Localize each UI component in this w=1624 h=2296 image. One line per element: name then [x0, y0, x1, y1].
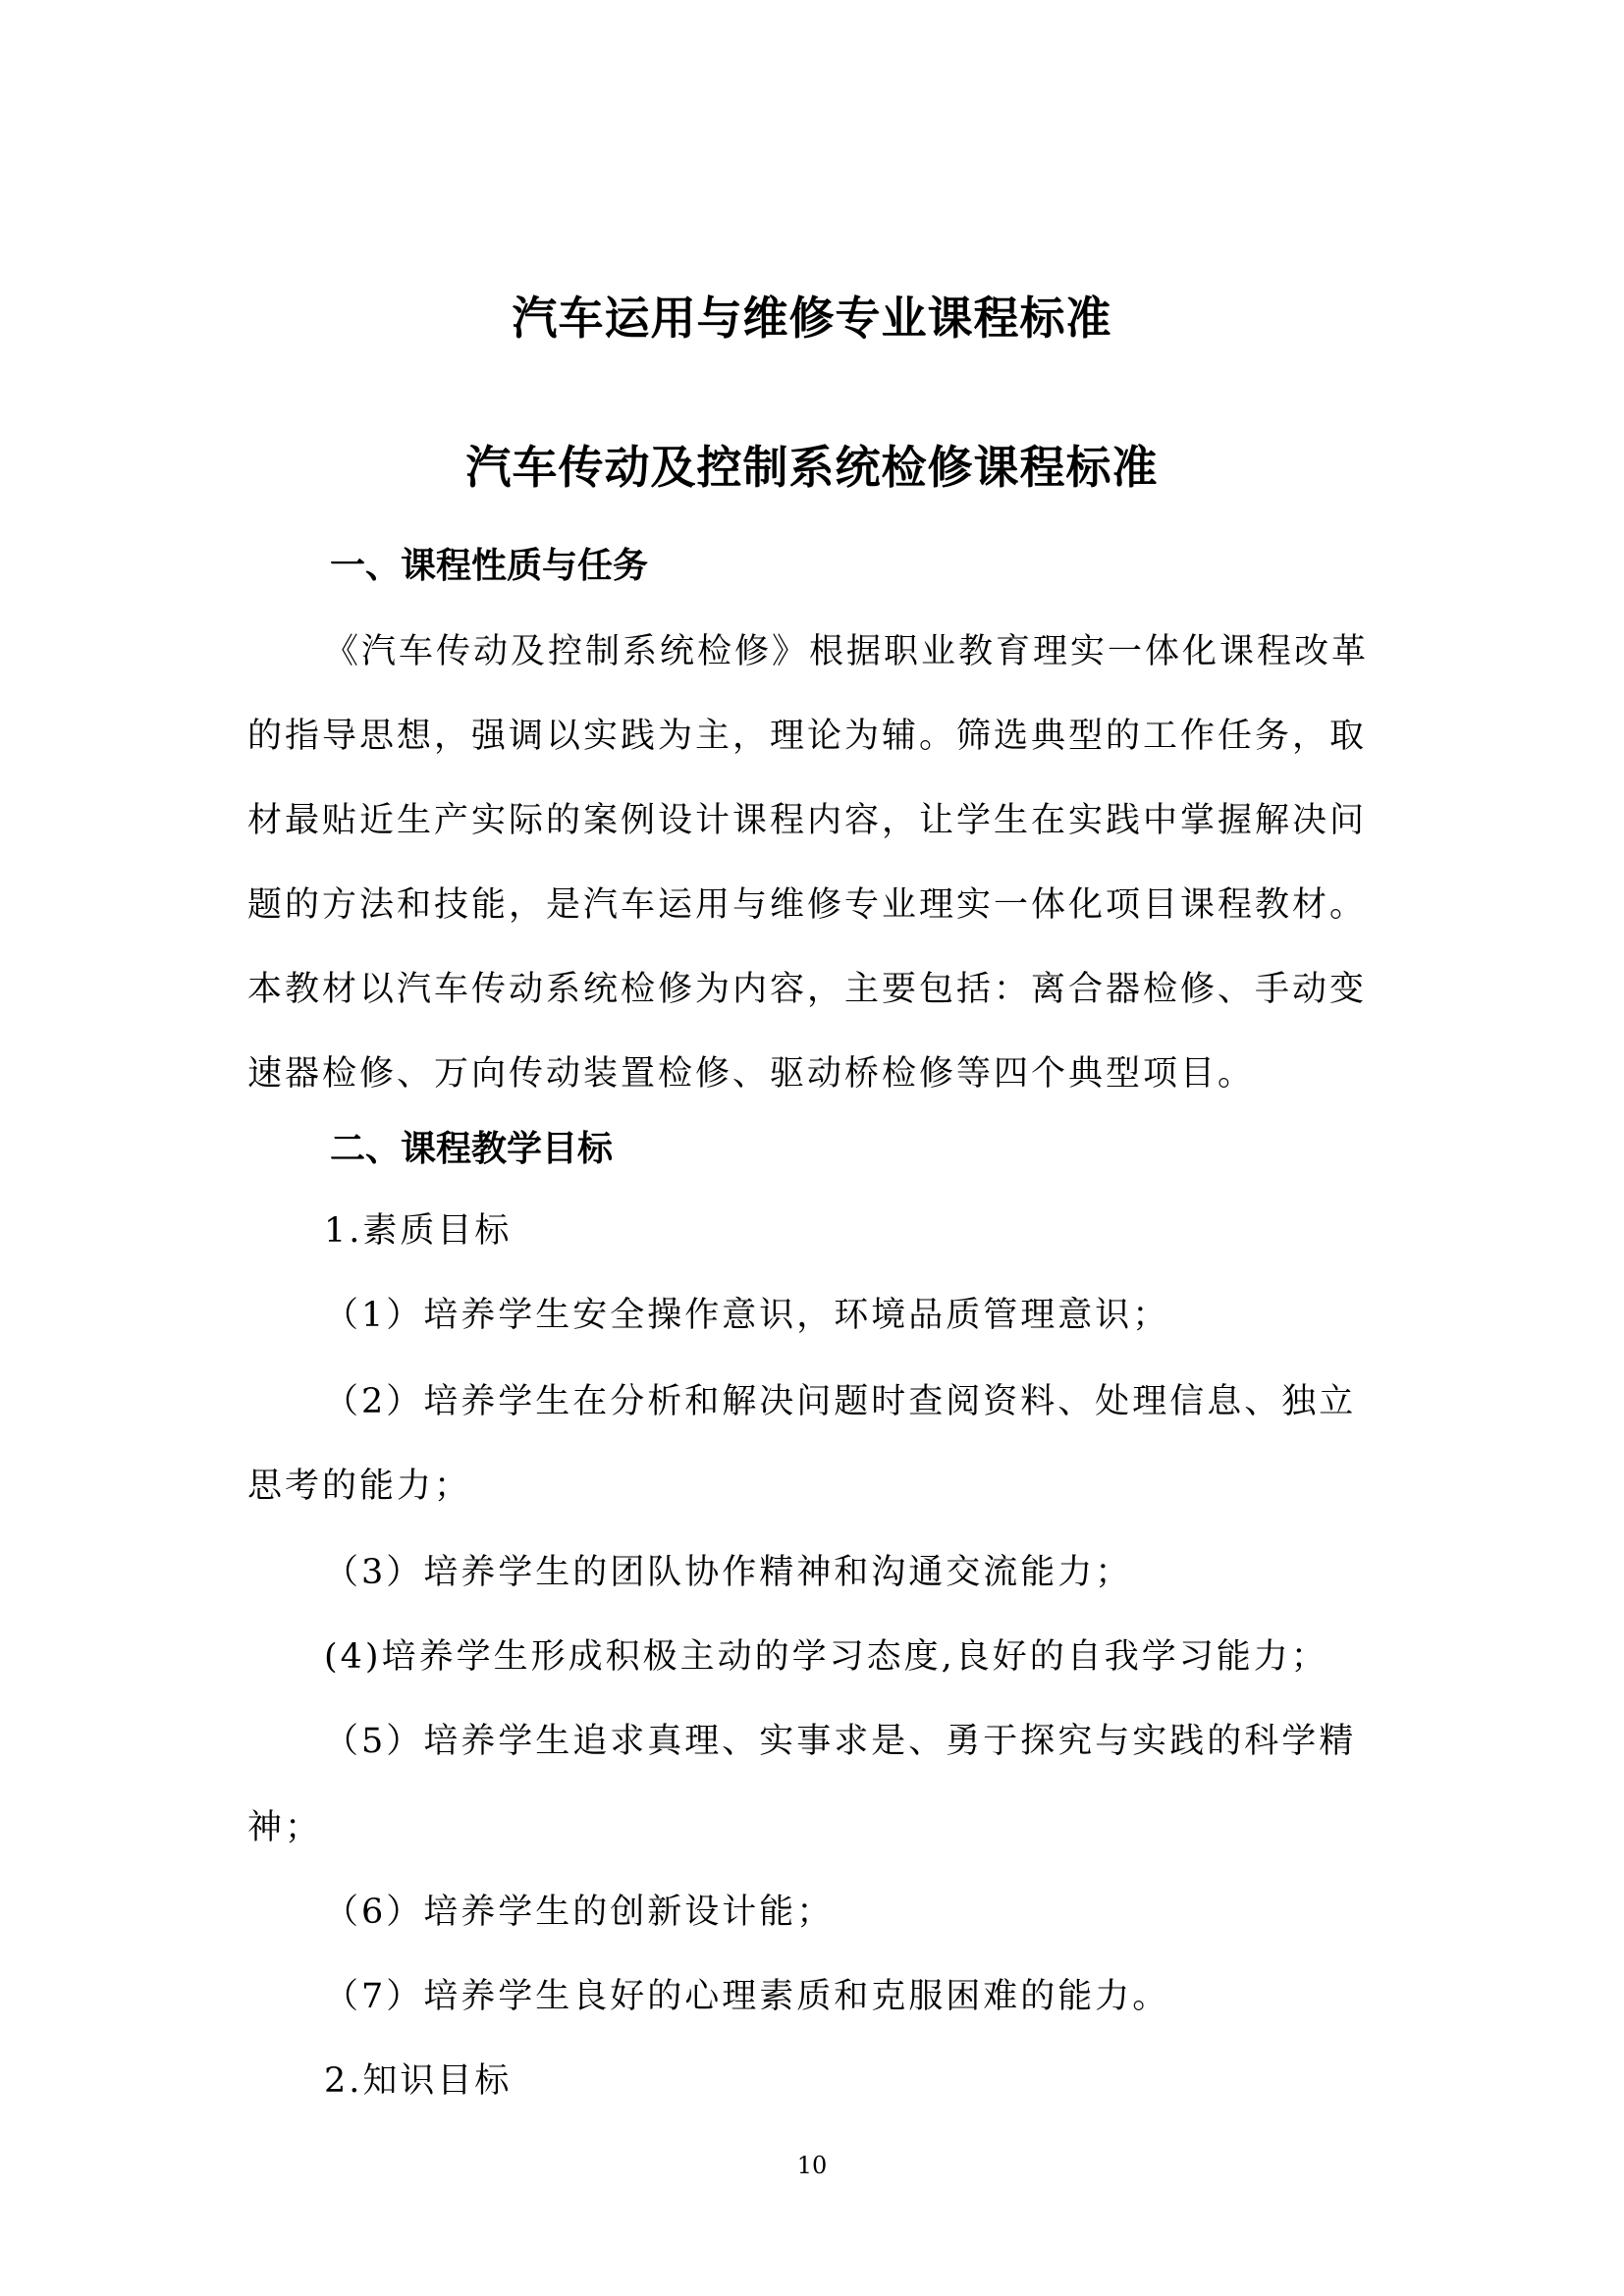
paragraph-line: 本教材以汽车传动系统检修为内容，主要包括：离合器检修、手动变	[247, 962, 1386, 1011]
list-item-continuation: 思考的能力；	[247, 1459, 1386, 1508]
list-item: （6）培养学生的创新设计能；	[324, 1885, 1463, 1934]
paragraph-line: 速器检修、万向传动装置检修、驱动桥检修等四个典型项目。	[247, 1046, 1386, 1095]
list-item: （7）培养学生良好的心理素质和克服困难的能力。	[324, 1969, 1463, 2018]
list-item: （3）培养学生的团队协作精神和沟通交流能力；	[324, 1545, 1463, 1594]
list-item: （2）培养学生在分析和解决问题时查阅资料、处理信息、独立	[324, 1374, 1463, 1423]
list-item: (4)培养学生形成积极主动的学习态度,良好的自我学习能力；	[324, 1629, 1463, 1679]
paragraph-line: 材最贴近生产实际的案例设计课程内容，让学生在实践中掌握解决问	[247, 793, 1386, 842]
section-heading-2: 二、课程教学目标	[330, 1121, 613, 1171]
paragraph-line: 《汽车传动及控制系统检修》根据职业教育理实一体化课程改革	[324, 624, 1463, 673]
subsection-heading: 2.知识目标	[324, 2054, 1463, 2103]
paragraph-line: 的指导思想，强调以实践为主，理论为辅。筛选典型的工作任务，取	[247, 709, 1386, 758]
list-item: （1）培养学生安全操作意识，环境品质管理意识；	[324, 1288, 1463, 1337]
main-title: 汽车运用与维修专业课程标准	[0, 283, 1624, 347]
subsection-heading: 1.素质目标	[324, 1203, 1463, 1253]
page-number: 10	[0, 2152, 1624, 2179]
list-item: （5）培养学生追求真理、实事求是、勇于探究与实践的科学精	[324, 1714, 1463, 1763]
paragraph-line: 题的方法和技能，是汽车运用与维修专业理实一体化项目课程教材。	[247, 878, 1386, 927]
section-heading-1: 一、课程性质与任务	[330, 538, 648, 588]
list-item-continuation: 神；	[247, 1800, 1386, 1849]
course-title: 汽车传动及控制系统检修课程标准	[0, 432, 1624, 497]
